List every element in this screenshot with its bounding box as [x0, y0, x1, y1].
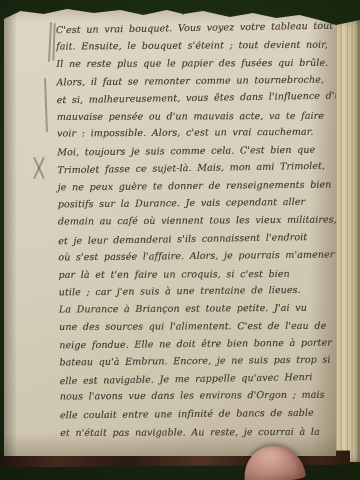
manuscript-photograph: C'est un vrai bouquet. Vous voyez votre …: [0, 0, 360, 480]
handwritten-line: et si, malheureusement, vous êtes dans l…: [56, 88, 324, 110]
pencil-margin-mark: [48, 22, 52, 62]
pencil-margin-mark: [52, 23, 55, 61]
handwritten-line: elle coulait entre une infinité de bancs…: [60, 405, 328, 425]
handwritten-line: où s'est passée l'affaire. Alors, je pou…: [58, 247, 326, 267]
pencil-margin-mark: [44, 78, 47, 132]
pencil-top-tick: [182, 6, 185, 15]
handwritten-line: demain au café où viennent tous les vieu…: [58, 212, 326, 231]
manuscript-page: C'est un vrai bouquet. Vous voyez votre …: [4, 0, 336, 456]
handwritten-line: La Durance à Briançon est toute petite. …: [59, 299, 327, 318]
handwritten-line: voir : impossible. Alors, c'est un vrai …: [57, 124, 325, 143]
handwritten-text-block: C'est un vrai bouquet. Vous voyez votre …: [56, 19, 328, 443]
handwritten-line: et n'était pas navigable. Au reste, je c…: [60, 423, 328, 442]
handwritten-line: nous l'avons vue dans les environs d'Org…: [60, 387, 328, 406]
handwritten-line: fait. Ensuite, le bouquet s'éteint ; tou…: [56, 36, 324, 55]
